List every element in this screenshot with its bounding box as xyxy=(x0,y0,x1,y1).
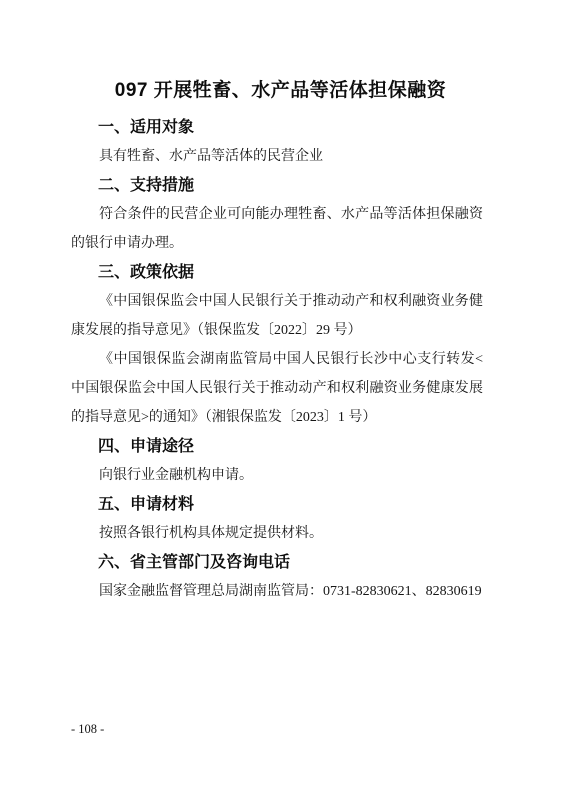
section-paragraph: 《中国银保监会湖南监管局中国人民银行长沙中心支行转发<中国银保监会中国人民银行关… xyxy=(71,345,483,432)
page-number: - 108 - xyxy=(71,719,104,739)
section-paragraph: 按照各银行机构具体规定提供材料。 xyxy=(71,519,483,548)
section-paragraph: 具有牲畜、水产品等活体的民营企业 xyxy=(71,142,483,171)
section-paragraph: 符合条件的民营企业可向能办理牲畜、水产品等活体担保融资的银行申请办理。 xyxy=(71,200,483,258)
section-application-channel: 四、申请途径 向银行业金融机构申请。 xyxy=(71,432,483,490)
section-paragraph: 《中国银保监会中国人民银行关于推动动产和权利融资业务健康发展的指导意见》（银保监… xyxy=(71,287,483,345)
section-heading: 一、适用对象 xyxy=(71,113,483,142)
doc-title: 097 开展牲畜、水产品等活体担保融资 xyxy=(71,78,490,104)
section-heading: 二、支持措施 xyxy=(71,171,483,200)
section-paragraph: 国家金融监督管理总局湖南监管局：0731-82830621、82830619 xyxy=(71,577,483,606)
section-heading: 六、省主管部门及咨询电话 xyxy=(71,548,483,577)
section-heading: 五、申请材料 xyxy=(71,490,483,519)
section-applicable-targets: 一、适用对象 具有牲畜、水产品等活体的民营企业 xyxy=(71,113,483,171)
section-heading: 四、申请途径 xyxy=(71,432,483,461)
section-application-materials: 五、申请材料 按照各银行机构具体规定提供材料。 xyxy=(71,490,483,548)
section-support-measures: 二、支持措施 符合条件的民营企业可向能办理牲畜、水产品等活体担保融资的银行申请办… xyxy=(71,171,483,258)
doc-body: 一、适用对象 具有牲畜、水产品等活体的民营企业 二、支持措施 符合条件的民营企业… xyxy=(71,113,483,606)
section-contact: 六、省主管部门及咨询电话 国家金融监督管理总局湖南监管局：0731-828306… xyxy=(71,548,483,606)
section-paragraph: 向银行业金融机构申请。 xyxy=(71,461,483,490)
section-policy-basis: 三、政策依据 《中国银保监会中国人民银行关于推动动产和权利融资业务健康发展的指导… xyxy=(71,258,483,432)
document-page: 097 开展牲畜、水产品等活体担保融资 一、适用对象 具有牲畜、水产品等活体的民… xyxy=(0,0,561,793)
section-heading: 三、政策依据 xyxy=(71,258,483,287)
